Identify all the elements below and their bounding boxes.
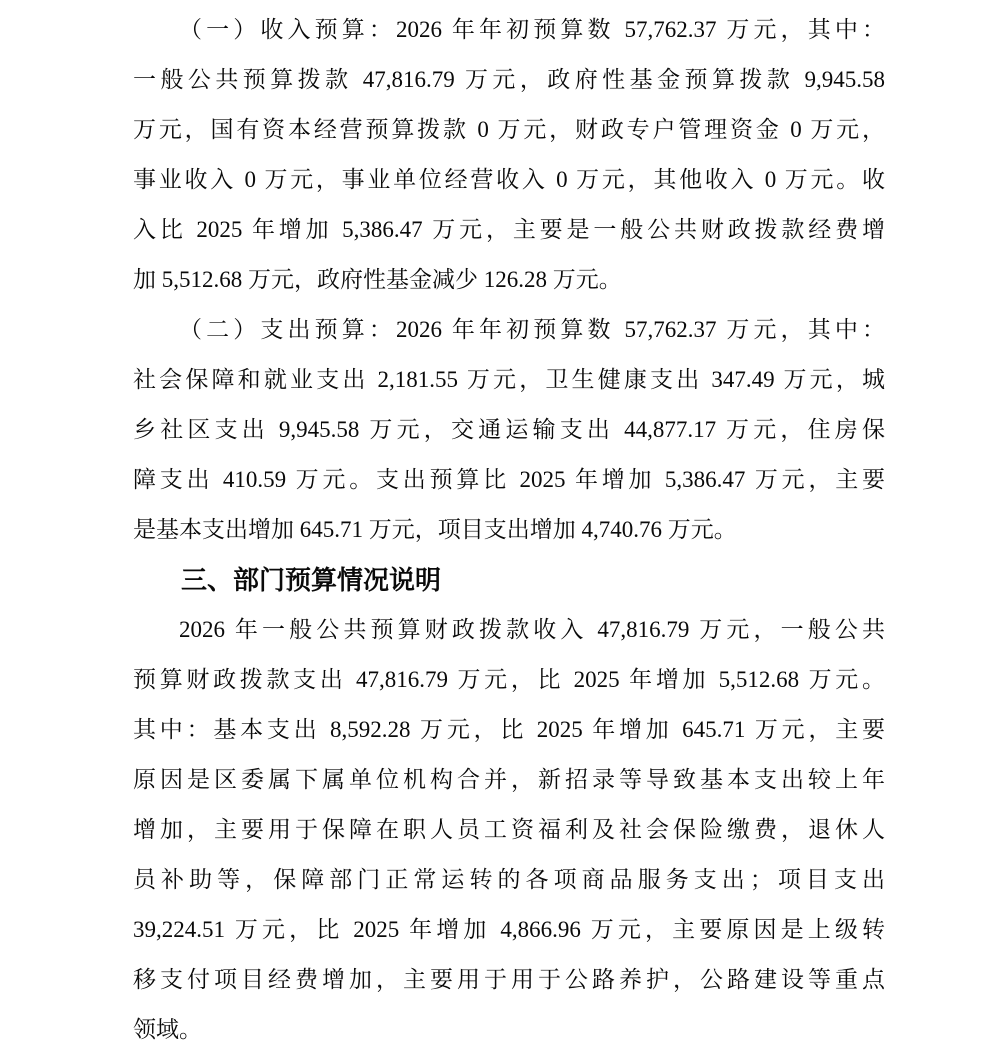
text-line: 39,224.51 万元，比 2025 年增加 4,866.96 万元，主要原因… xyxy=(133,905,885,955)
document-body: （一）收入预算：2026 年年初预算数 57,762.37 万元，其中：一般公共… xyxy=(133,5,885,1053)
section-three-heading: 三、部门预算情况说明 xyxy=(133,555,885,605)
text-line: 是基本支出增加 645.71 万元，项目支出增加 4,740.76 万元。 xyxy=(133,505,885,555)
text-line: （二）支出预算：2026 年年初预算数 57,762.37 万元，其中： xyxy=(133,305,885,355)
text-line: 加 5,512.68 万元，政府性基金减少 126.28 万元。 xyxy=(133,255,885,305)
text-line: 领域。 xyxy=(133,1005,885,1053)
text-line: 2026 年一般公共预算财政拨款收入 47,816.79 万元，一般公共 xyxy=(133,605,885,655)
text-line: 入比 2025 年增加 5,386.47 万元，主要是一般公共财政拨款经费增 xyxy=(133,205,885,255)
text-line: 原因是区委属下属单位机构合并，新招录等导致基本支出较上年 xyxy=(133,755,885,805)
text-line: 其中：基本支出 8,592.28 万元，比 2025 年增加 645.71 万元… xyxy=(133,705,885,755)
text-line: 万元，国有资本经营预算拨款 0 万元，财政专户管理资金 0 万元， xyxy=(133,105,885,155)
text-line: 障支出 410.59 万元。支出预算比 2025 年增加 5,386.47 万元… xyxy=(133,455,885,505)
text-line: 移支付项目经费增加，主要用于用于公路养护，公路建设等重点 xyxy=(133,955,885,1005)
text-line: （一）收入预算：2026 年年初预算数 57,762.37 万元，其中： xyxy=(133,5,885,55)
budget-document-page: （一）收入预算：2026 年年初预算数 57,762.37 万元，其中：一般公共… xyxy=(0,0,1000,1053)
text-line: 预算财政拨款支出 47,816.79 万元，比 2025 年增加 5,512.6… xyxy=(133,655,885,705)
text-line: 乡社区支出 9,945.58 万元，交通运输支出 44,877.17 万元，住房… xyxy=(133,405,885,455)
text-line: 一般公共预算拨款 47,816.79 万元，政府性基金预算拨款 9,945.58 xyxy=(133,55,885,105)
text-line: 增加，主要用于保障在职人员工资福利及社会保险缴费，退休人 xyxy=(133,805,885,855)
text-line: 员补助等，保障部门正常运转的各项商品服务支出；项目支出 xyxy=(133,855,885,905)
text-line: 事业收入 0 万元，事业单位经营收入 0 万元，其他收入 0 万元。收 xyxy=(133,155,885,205)
text-line: 社会保障和就业支出 2,181.55 万元，卫生健康支出 347.49 万元，城 xyxy=(133,355,885,405)
